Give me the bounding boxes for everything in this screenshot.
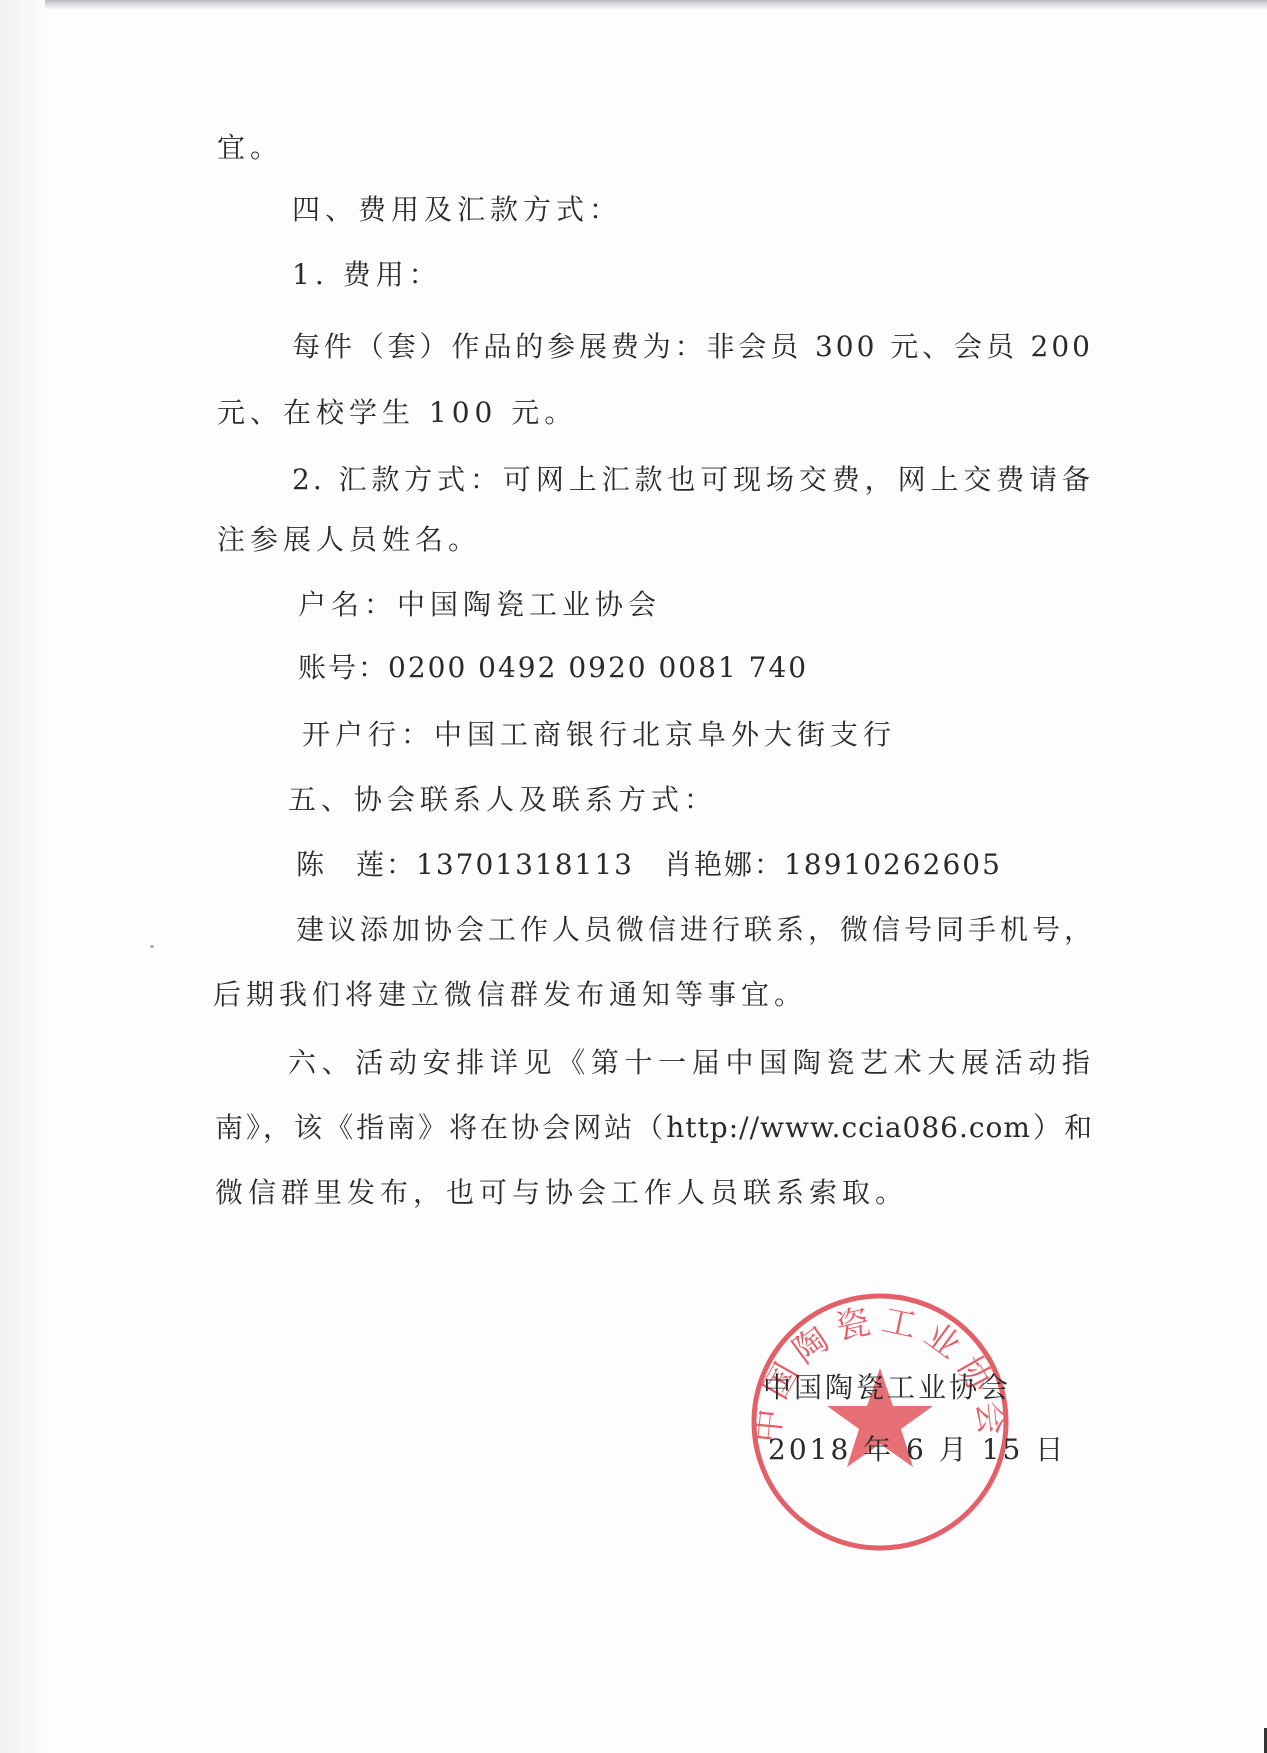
scanned-document-page: 宜。 四、费用及汇款方式： 1. 费用： 每件（套）作品的参展费为：非会员 30… xyxy=(0,0,1267,1753)
guide-distribution-line: 微信群里发布，也可与协会工作人员联系索取。 xyxy=(215,1173,908,1213)
official-seal-stamp: 中国陶瓷工业协会 xyxy=(748,1290,1012,1554)
contact-phones: 陈 莲：13701318113 肖艳娜：18910262605 xyxy=(296,845,1002,885)
fee-description-line-1: 每件（套）作品的参展费为：非会员 300 元、会员 200 xyxy=(292,327,1093,367)
wechat-suggestion-line-2: 后期我们将建立微信群发布通知等事宜。 xyxy=(213,975,807,1015)
scan-speck xyxy=(150,945,154,948)
signature-organization: 中国陶瓷工业协会 xyxy=(763,1368,1011,1408)
section-heading-schedule: 六、活动安排详见《第十一届中国陶瓷艺术大展活动指 xyxy=(288,1043,1093,1083)
section-heading-fees: 四、费用及汇款方式： xyxy=(292,190,622,230)
bank-name: 开户行：中国工商银行北京阜外大街支行 xyxy=(302,715,896,755)
payment-method-line-1: 2. 汇款方式：可网上汇款也可现场交费，网上交费请备 xyxy=(292,460,1093,500)
section-heading-contacts: 五、协会联系人及联系方式： xyxy=(288,780,717,820)
bank-account-name: 户名：中国陶瓷工业协会 xyxy=(298,585,661,625)
fee-description-line-2: 元、在校学生 100 元。 xyxy=(217,393,577,433)
scan-shadow-left xyxy=(0,0,45,1753)
bank-account-number: 账号：0200 0492 0920 0081 740 xyxy=(298,648,808,688)
guide-website-line: 南》，该《指南》将在协会网站（http://www.ccia086.com）和 xyxy=(215,1108,1093,1148)
subheading-fees: 1. 费用： xyxy=(292,255,442,295)
text-line-continuation: 宜。 xyxy=(217,128,283,168)
wechat-suggestion-line-1: 建议添加协会工作人员微信进行联系，微信号同手机号， xyxy=(296,910,1093,950)
scan-shadow-top xyxy=(45,0,1267,10)
signature-date: 2018 年 6 月 15 日 xyxy=(768,1430,1066,1470)
payment-method-line-2: 注参展人员姓名。 xyxy=(217,520,481,560)
